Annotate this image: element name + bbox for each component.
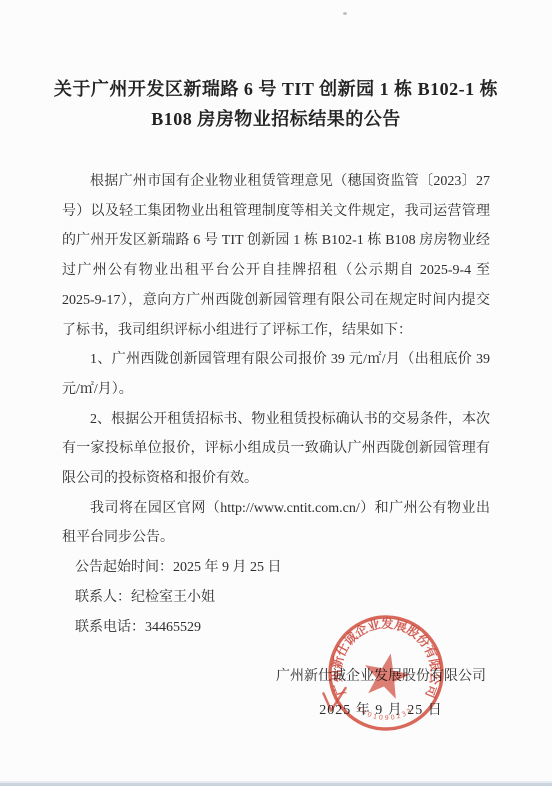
paragraph-publication: 我司将在园区官网（http://www.cntit.com.cn/）和广州公有物… xyxy=(62,494,490,553)
document-title-line2: B108 房房物业招标结果的公告 xyxy=(0,104,552,134)
document-body: 根据广州市国有企业物业租赁管理意见（穗国资监管〔2023〕27 号）以及轻工集团… xyxy=(62,167,490,642)
document-title: 关于广州开发区新瑞路 6 号 TIT 创新园 1 栋 B102-1 栋 B108… xyxy=(0,74,552,134)
signature-block: 广州新仕诚企业发展股份有限公司 2025 年 9 月 25 日 xyxy=(250,662,512,726)
scan-artifact-dot xyxy=(343,12,347,15)
contact-person: 联系人：纪检室王小姐 xyxy=(62,583,490,613)
document-title-line1: 关于广州开发区新瑞路 6 号 TIT 创新园 1 栋 B102-1 栋 xyxy=(0,74,552,104)
paragraph-bid-price: 1、广州西陇创新园管理有限公司报价 39 元/㎡/月（出租底价 39 元/㎡/月… xyxy=(62,345,490,404)
paragraph-bid-confirmation: 2、根据公开租赁招标书、物业租赁投标确认书的交易条件，本次有一家投标单位报价，评… xyxy=(62,405,490,494)
announcement-start-date: 公告起始时间：2025 年 9 月 25 日 xyxy=(62,553,490,583)
signature-company-name: 广州新仕诚企业发展股份有限公司 xyxy=(250,662,512,692)
scanned-document-page: 关于广州开发区新瑞路 6 号 TIT 创新园 1 栋 B102-1 栋 B108… xyxy=(0,0,552,786)
paragraph-basis: 根据广州市国有企业物业租赁管理意见（穗国资监管〔2023〕27 号）以及轻工集团… xyxy=(62,167,490,345)
contact-phone: 联系电话：34465529 xyxy=(62,613,490,643)
signature-date: 2025 年 9 月 25 日 xyxy=(250,696,512,726)
